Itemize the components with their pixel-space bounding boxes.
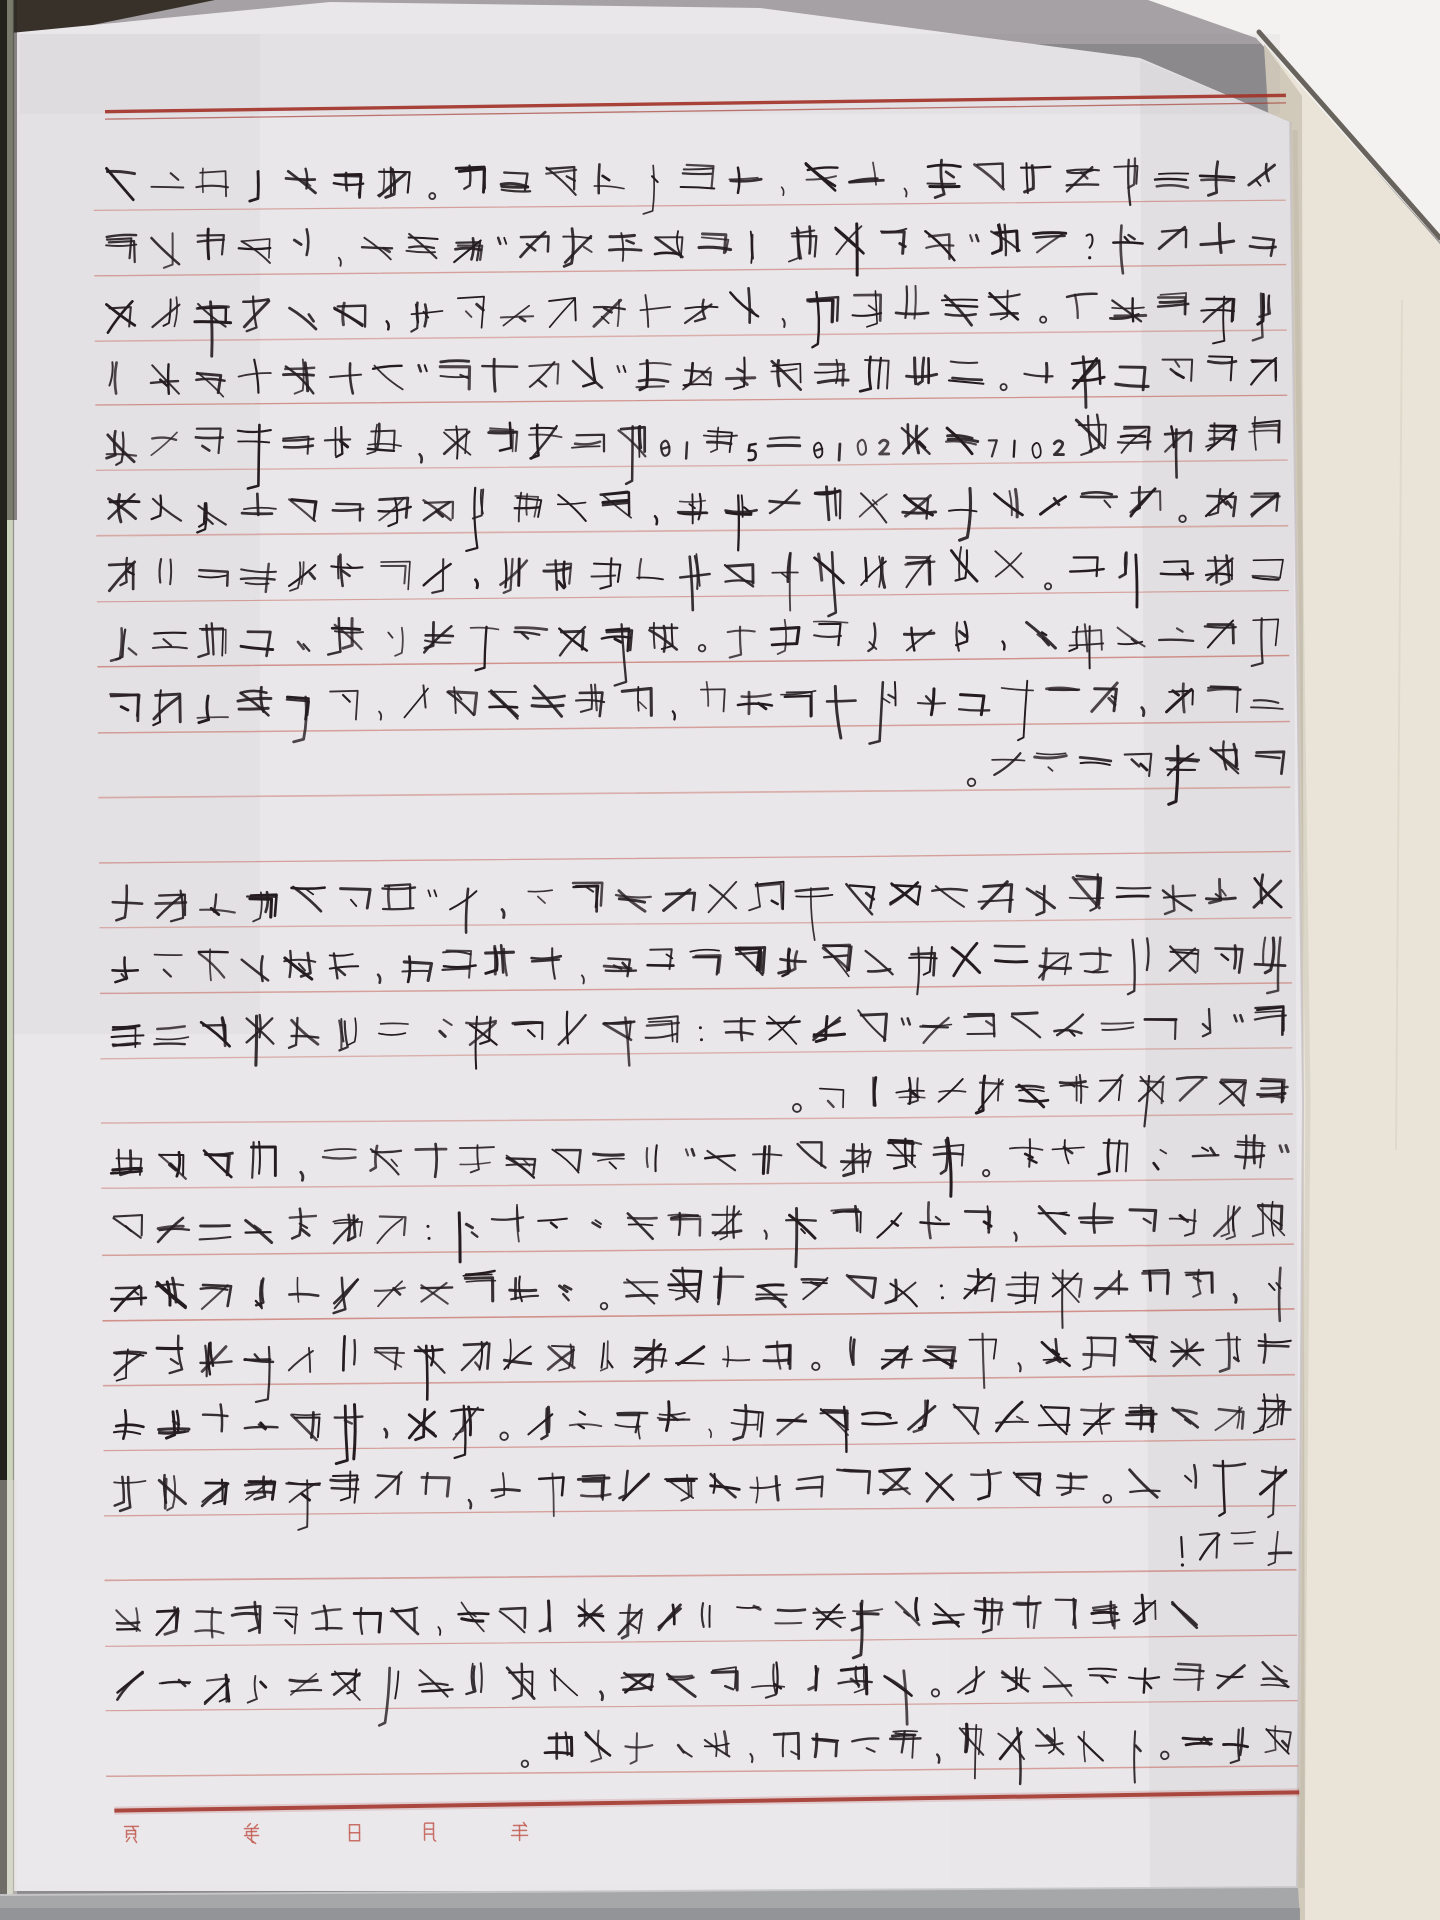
stroke	[502, 186, 528, 187]
stroke	[768, 445, 800, 447]
paper-bottom-light	[0, 1580, 950, 1885]
stroke	[676, 1363, 704, 1364]
left-top-shadow	[0, 0, 17, 520]
stroke	[1201, 179, 1233, 181]
stroke	[692, 494, 693, 523]
stroke	[1167, 769, 1195, 770]
stroke	[493, 359, 495, 391]
stroke	[849, 180, 883, 182]
stroke	[928, 358, 929, 383]
stroke	[1166, 758, 1199, 760]
stroke	[354, 1340, 355, 1364]
stroke	[1258, 1093, 1285, 1095]
stroke	[683, 173, 712, 174]
stroke	[1141, 1405, 1142, 1429]
stroke	[1193, 1155, 1219, 1157]
stroke	[967, 1033, 994, 1035]
stroke	[154, 954, 181, 955]
stroke	[1014, 441, 1015, 457]
stroke	[930, 185, 959, 187]
stroke	[426, 635, 453, 637]
stroke	[117, 1629, 138, 1630]
stroke	[995, 945, 1024, 947]
stroke	[556, 1734, 557, 1759]
stroke	[455, 248, 480, 250]
glyph	[1046, 688, 1079, 690]
stroke	[197, 717, 228, 718]
stroke	[983, 1598, 985, 1623]
stroke	[1008, 1294, 1035, 1296]
stroke	[554, 1669, 555, 1690]
stroke	[390, 167, 391, 193]
stroke	[1258, 1408, 1290, 1410]
stroke	[1186, 1743, 1211, 1745]
stroke	[1084, 1354, 1112, 1355]
stroke	[415, 1350, 442, 1351]
stroke	[1159, 173, 1189, 174]
stroke	[490, 707, 518, 708]
stroke	[907, 424, 909, 447]
stroke	[1046, 363, 1047, 382]
stroke	[959, 709, 989, 710]
stroke	[196, 437, 223, 439]
stroke	[692, 1149, 694, 1155]
manuscript-photo	[0, 0, 1440, 1920]
stroke	[757, 1294, 787, 1295]
stroke	[1160, 301, 1185, 303]
dot	[428, 1237, 431, 1240]
dot	[426, 1225, 429, 1228]
stroke	[199, 951, 228, 952]
stroke	[331, 1479, 358, 1480]
stroke	[839, 444, 840, 460]
stroke	[1095, 1287, 1127, 1290]
stroke	[749, 288, 751, 322]
stroke	[168, 364, 169, 394]
stroke	[637, 386, 665, 387]
dot	[941, 1296, 944, 1299]
stroke	[1259, 1346, 1289, 1347]
stroke	[1044, 1685, 1071, 1686]
excl-dot	[1181, 1563, 1184, 1566]
stroke	[119, 1150, 120, 1171]
stroke	[332, 1488, 359, 1489]
stroke	[1237, 1145, 1265, 1146]
stroke	[786, 1220, 816, 1221]
stroke	[482, 366, 517, 367]
stroke	[998, 1079, 999, 1101]
stroke	[1117, 896, 1148, 897]
stroke	[1088, 1668, 1116, 1669]
stroke	[256, 1016, 257, 1065]
stroke	[904, 633, 934, 636]
stroke	[772, 572, 798, 573]
stroke	[200, 1361, 231, 1363]
stroke	[257, 494, 258, 515]
stroke	[686, 442, 687, 458]
stroke	[1027, 1596, 1029, 1627]
stroke	[111, 1298, 145, 1300]
stroke	[519, 559, 520, 585]
stroke	[245, 1359, 270, 1361]
stroke	[247, 896, 275, 897]
stroke	[113, 1168, 142, 1170]
photo-of-manuscript: Mirrored photograph of a handwritten Chi…	[0, 0, 1440, 1920]
stroke	[221, 1404, 223, 1431]
stroke	[763, 1147, 765, 1174]
stroke	[899, 1097, 925, 1098]
stroke	[242, 512, 272, 514]
dot	[699, 1026, 702, 1029]
stroke	[290, 1680, 317, 1682]
stroke	[909, 957, 937, 958]
stroke	[1058, 1476, 1086, 1478]
stroke	[1015, 489, 1017, 517]
stroke	[915, 358, 916, 384]
q-dot	[1088, 256, 1091, 259]
stroke	[1280, 1146, 1282, 1152]
stroke	[1080, 1217, 1113, 1219]
stroke	[247, 1492, 272, 1494]
stroke	[815, 1734, 817, 1757]
stroke	[751, 235, 753, 258]
stroke	[325, 439, 350, 440]
stroke	[1181, 1537, 1182, 1557]
left-bottom-fade	[0, 1480, 17, 1920]
stroke	[1269, 1552, 1291, 1554]
stroke	[532, 705, 563, 707]
stroke	[748, 692, 750, 714]
stroke	[1233, 1207, 1234, 1231]
stroke	[853, 1340, 854, 1365]
stroke	[624, 1281, 657, 1283]
stroke	[388, 886, 390, 908]
stroke	[1254, 1135, 1255, 1163]
stroke	[514, 1278, 517, 1298]
stroke	[865, 558, 866, 581]
stroke	[813, 1612, 842, 1613]
stroke	[1076, 1077, 1078, 1101]
stroke	[416, 1148, 446, 1150]
stroke	[332, 628, 360, 629]
stroke	[1255, 964, 1285, 965]
stroke	[343, 1336, 345, 1370]
stroke	[1136, 555, 1138, 607]
stroke	[197, 1611, 221, 1612]
bottom-dark-strip	[0, 1908, 1300, 1920]
stroke	[772, 644, 796, 645]
stroke	[117, 1622, 139, 1623]
stroke	[1183, 1738, 1212, 1740]
stroke	[260, 1015, 261, 1037]
stroke	[1126, 1337, 1157, 1338]
stroke	[639, 426, 640, 447]
stroke	[991, 313, 1018, 315]
stroke	[724, 1021, 754, 1022]
stroke	[1200, 176, 1234, 178]
stroke	[531, 428, 556, 429]
stroke	[159, 1428, 189, 1430]
stroke	[964, 1015, 994, 1017]
stroke	[1286, 1146, 1288, 1152]
stroke	[238, 441, 269, 442]
stroke	[764, 1359, 790, 1361]
dot	[700, 1038, 703, 1041]
stroke	[727, 377, 755, 380]
stroke	[259, 1142, 260, 1174]
stroke	[606, 970, 636, 972]
dot	[940, 1284, 943, 1287]
stroke	[1033, 233, 1065, 234]
stroke	[501, 316, 534, 317]
stroke	[459, 1213, 460, 1262]
stroke	[441, 361, 469, 362]
stroke	[648, 965, 674, 966]
stroke	[292, 887, 325, 889]
stroke	[654, 623, 655, 648]
stroke	[486, 952, 514, 953]
stroke	[841, 1161, 868, 1162]
stroke	[159, 1431, 185, 1433]
stroke	[113, 902, 142, 904]
stroke	[335, 1417, 363, 1418]
stroke	[669, 1284, 698, 1285]
stroke	[712, 1214, 741, 1216]
stroke	[1029, 1139, 1030, 1167]
stroke	[289, 1294, 318, 1296]
stroke	[1012, 1012, 1037, 1014]
stroke	[556, 560, 557, 589]
stroke	[211, 302, 213, 356]
stroke	[208, 229, 209, 259]
stroke	[627, 1295, 658, 1297]
stroke	[887, 1155, 915, 1156]
stroke	[1234, 1543, 1253, 1544]
stroke	[610, 235, 634, 237]
paper-spine-shade	[1140, 60, 1300, 1888]
stroke	[151, 187, 183, 188]
stroke	[1219, 224, 1221, 253]
